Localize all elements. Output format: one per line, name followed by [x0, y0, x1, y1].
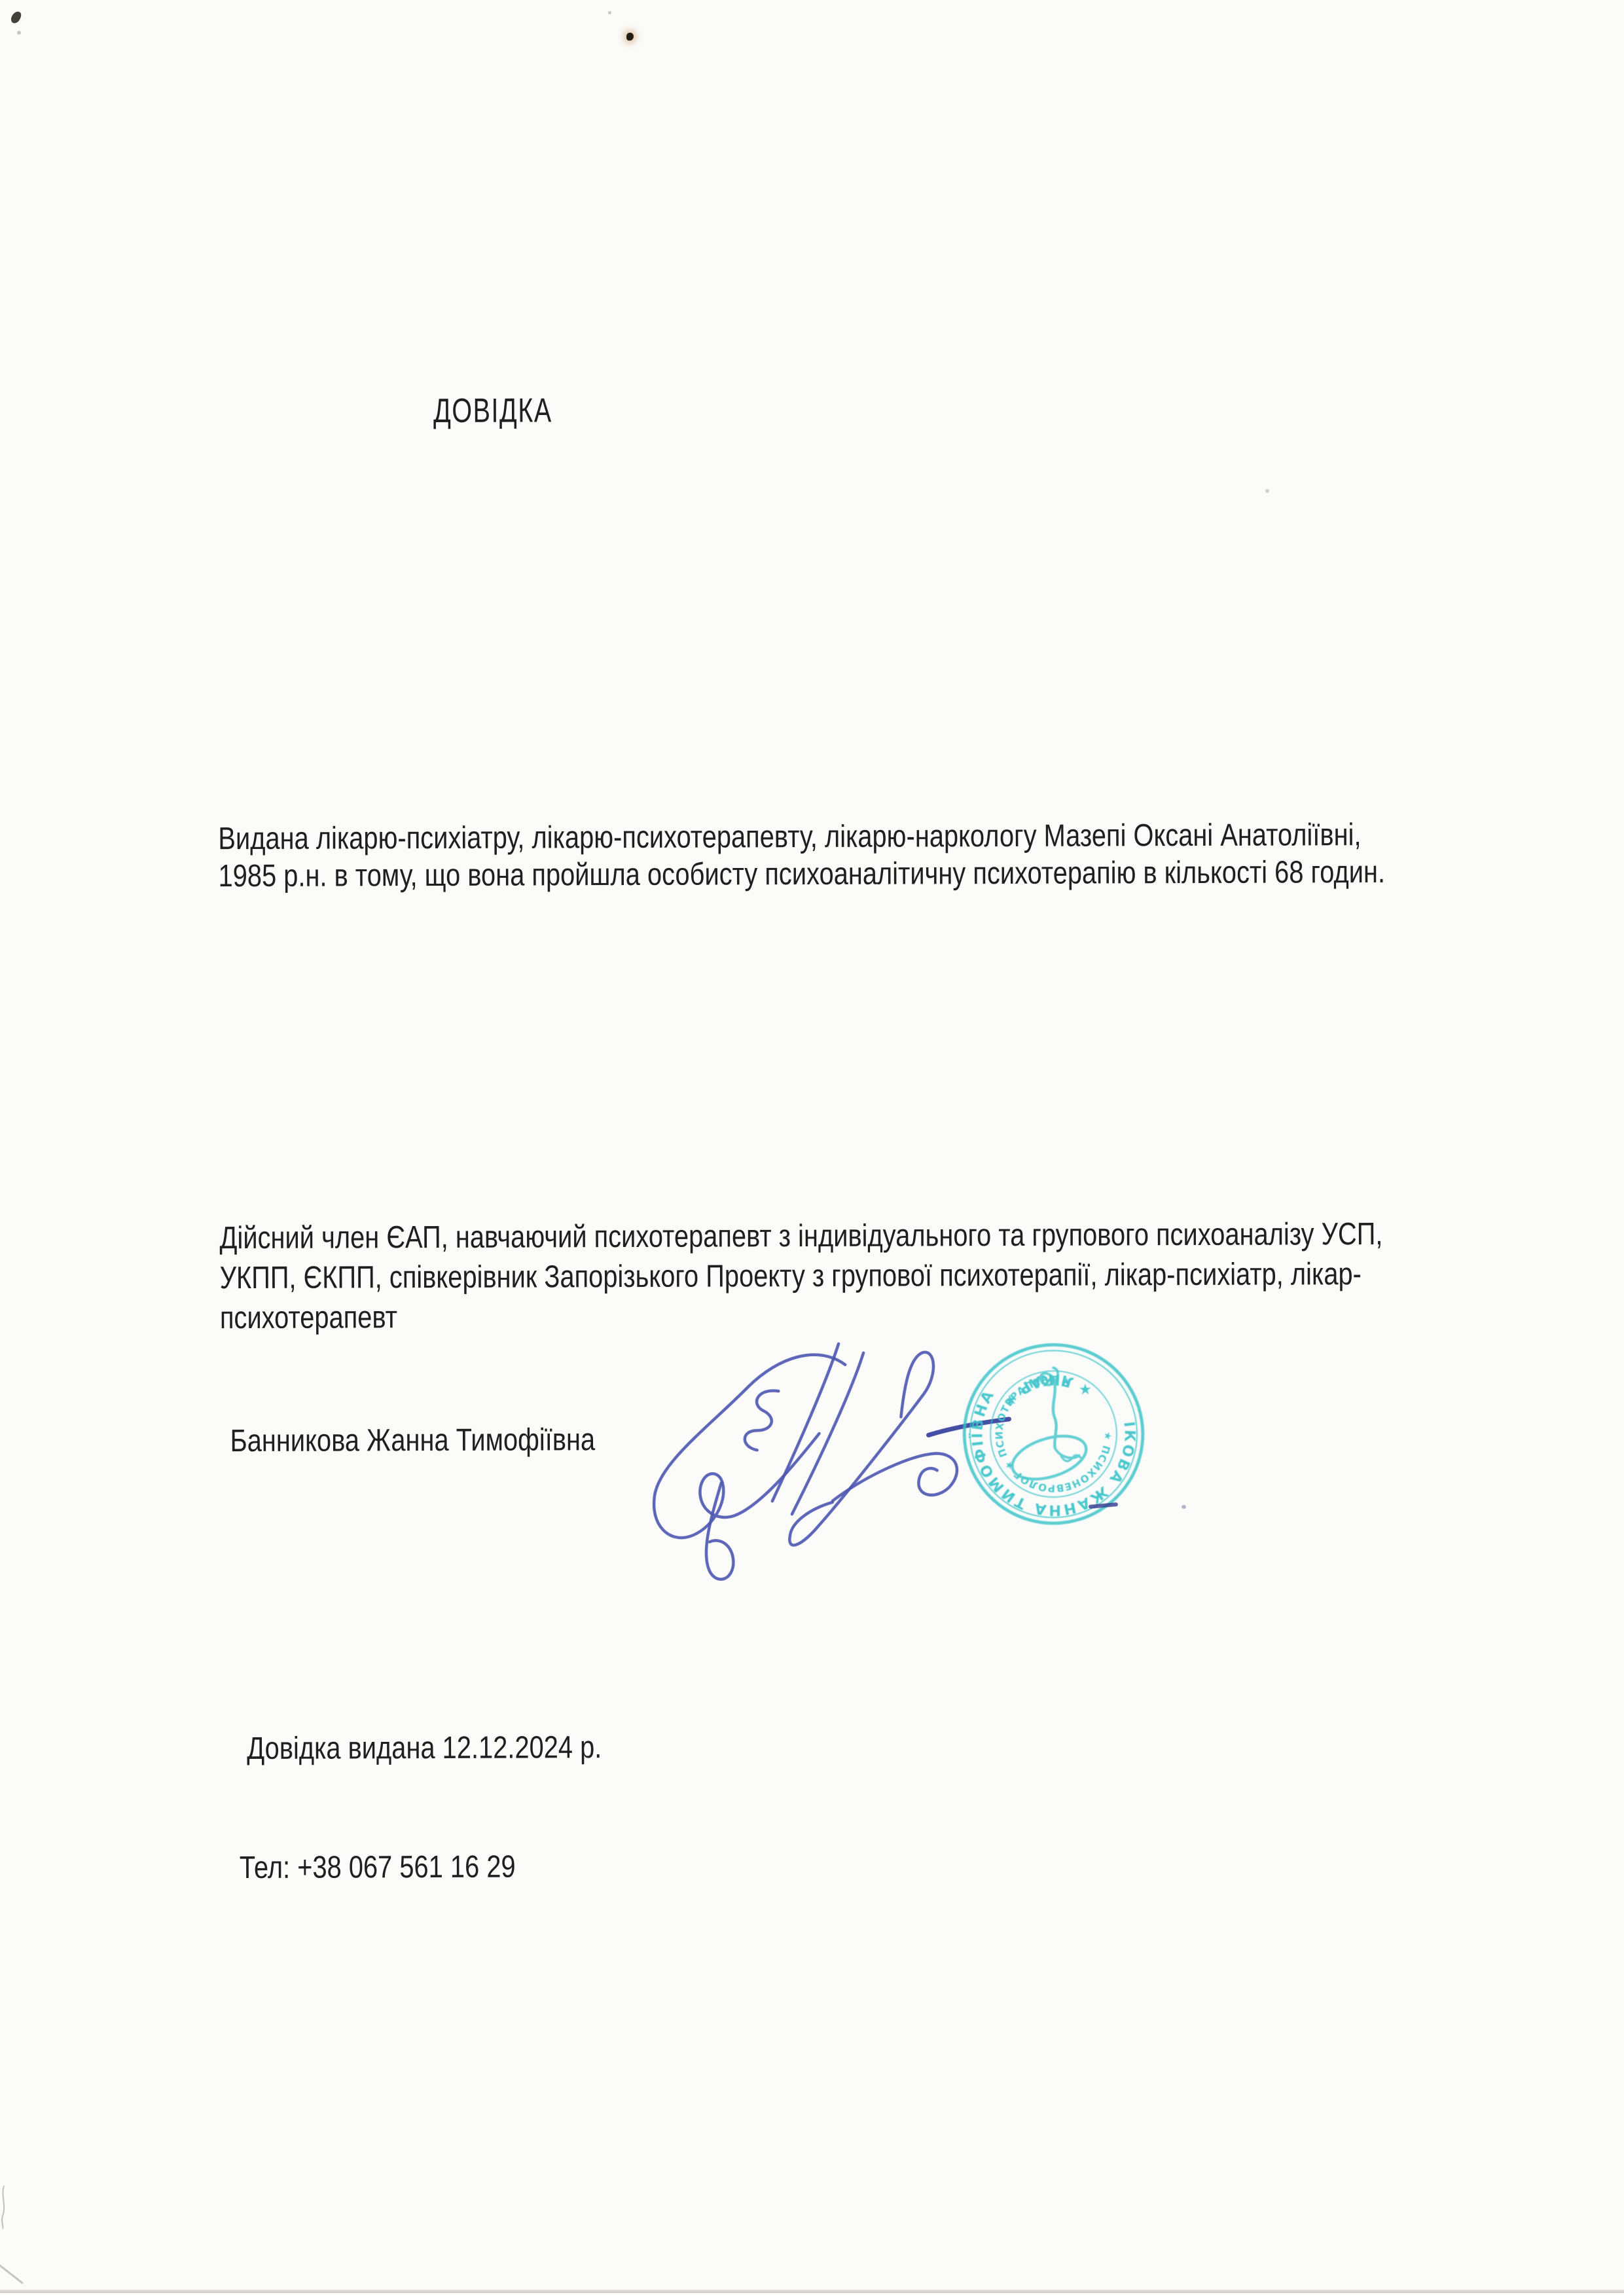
scan-artifact	[1182, 1505, 1186, 1509]
issue-date-line: Довідка видана 12.12.2024 р.	[247, 1729, 602, 1767]
phone-line: Тел: +38 067 561 16 29	[240, 1849, 516, 1887]
scanned-certificate-page: ДОВІДКА Видана лікарю-психіатру, лікарю-…	[0, 0, 1624, 2295]
body-paragraph-credentials: Дійсний член ЄАП, навчаючий психотерапев…	[219, 1214, 1383, 1338]
signatory-name: Банникова Жанна Тимофіївна	[230, 1421, 595, 1460]
scan-content: ДОВІДКА Видана лікарю-психіатру, лікарю-…	[0, 0, 1624, 2295]
scan-artifact	[608, 11, 611, 14]
scan-artifact	[0, 2184, 9, 2230]
paragraph-line: 1985 р.н. в тому, що вона пройшла особис…	[218, 854, 1385, 895]
scanner-edge-line	[0, 2290, 1624, 2293]
paragraph-line: Дійсний член ЄАП, навчаючий психотерапев…	[219, 1214, 1382, 1258]
paragraph-line: УКПП, ЄКПП, співкерівник Запорізького Пр…	[220, 1254, 1383, 1298]
certificate-title: ДОВІДКА	[433, 391, 552, 431]
scan-artifact	[1265, 489, 1269, 493]
paragraph-line: Видана лікарю-психіатру, лікарю-психотер…	[218, 816, 1385, 858]
body-paragraph-issued: Видана лікарю-психіатру, лікарю-психотер…	[218, 816, 1385, 895]
round-stamp: БАННІКОВА ЖАННА ТИМОФІЇВНА ★ ЛІКАР ★ ПСИ…	[958, 1338, 1149, 1530]
scan-artifact	[17, 31, 21, 35]
